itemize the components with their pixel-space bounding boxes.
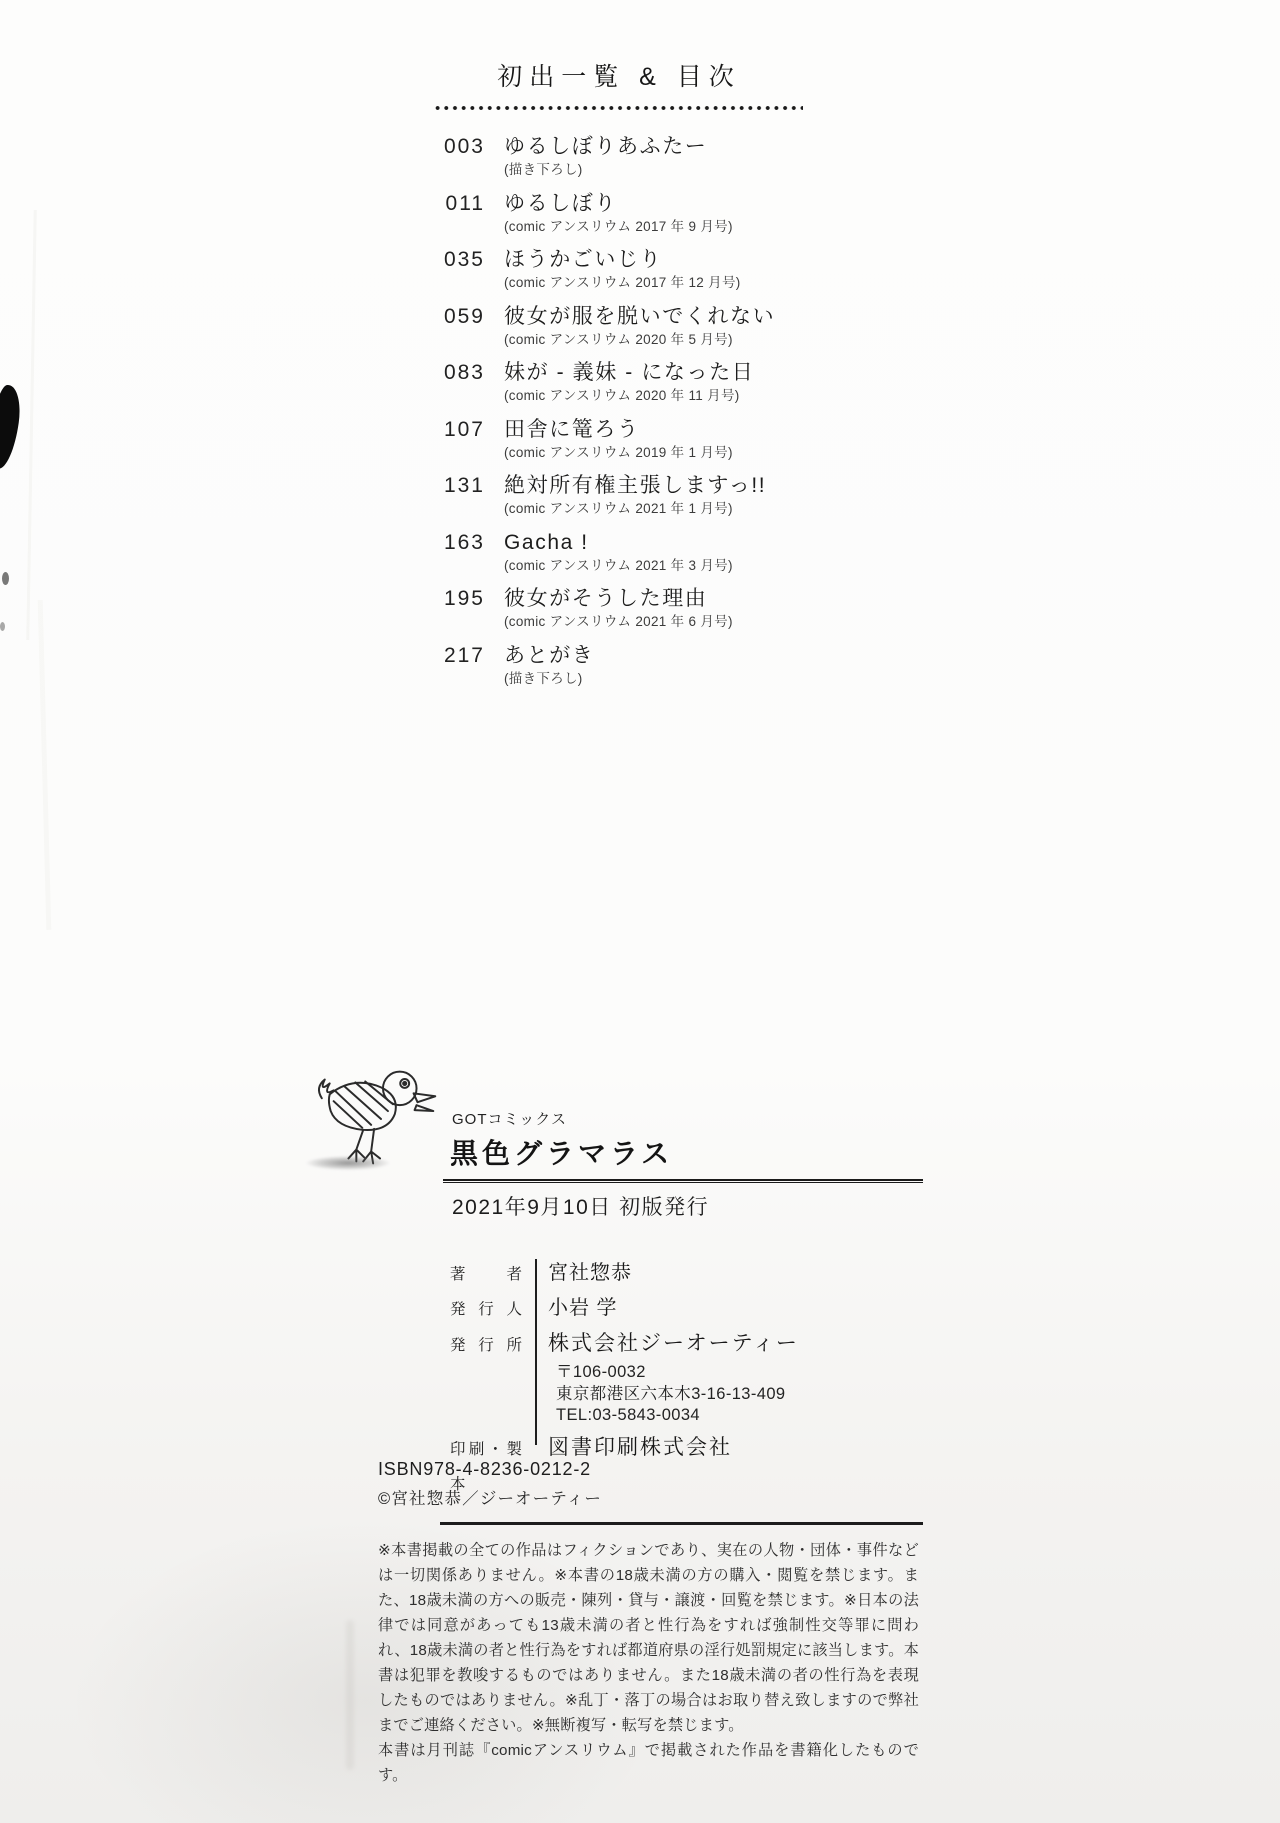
page-number: 083 — [435, 359, 485, 387]
edition-date: 2021年9月10日 初版発行 — [452, 1191, 709, 1221]
divider-rule — [440, 1522, 923, 1525]
colophon-row-author: 著者 宮社惣恭 — [450, 1256, 920, 1291]
row-label: 発行人 — [450, 1292, 522, 1327]
scan-artifact — [0, 622, 5, 631]
page-number: 003 — [435, 133, 485, 161]
bird-logo-shadow — [306, 1156, 390, 1170]
address-line: TEL:03-5843-0034 — [556, 1405, 920, 1427]
toc-list: 003 ゆるしぼりあふたー (描き下ろし) 011 ゆるしぼり (comic ア… — [435, 133, 803, 688]
toc-entry: 217 あとがき (描き下ろし) — [435, 642, 803, 688]
isbn: ISBN978-4-8236-0212-2 — [378, 1459, 591, 1480]
chapter-title: Gacha ! — [504, 529, 589, 557]
toc-entry: 163 Gacha ! (comic アンスリウム 2021 年 3 月号) — [435, 529, 803, 575]
bird-logo-icon — [308, 1066, 456, 1166]
chapter-source: (comic アンスリウム 2017 年 9 月号) — [504, 218, 803, 236]
book-title: 黒色グラマラス — [450, 1132, 673, 1172]
colophon-row-publisher-company: 発行所 株式会社ジーオーティー — [450, 1326, 920, 1361]
row-label: 発行所 — [450, 1328, 522, 1363]
chapter-title: あとがき — [504, 642, 594, 670]
page-number: 163 — [435, 529, 485, 557]
chapter-source: (comic アンスリウム 2017 年 12 月号) — [504, 274, 803, 292]
chapter-source: (comic アンスリウム 2020 年 5 月号) — [504, 331, 803, 349]
row-value: 小岩 学 — [548, 1291, 618, 1326]
scan-artifact — [38, 600, 52, 930]
scanned-book-page: 初出一覧 & 目次 003 ゆるしぼりあふたー (描き下ろし) 011 ゆるしぼ… — [0, 0, 1280, 1823]
row-label: 著者 — [450, 1257, 522, 1292]
scan-artifact — [2, 572, 9, 585]
toc-entry: 059 彼女が服を脱いでくれない (comic アンスリウム 2020 年 5 … — [435, 303, 803, 349]
page-title: 初出一覧 & 目次 — [435, 60, 803, 94]
toc-entry: 011 ゆるしぼり (comic アンスリウム 2017 年 9 月号) — [435, 190, 803, 236]
toc-entry: 083 妹が - 義妹 - になった日 (comic アンスリウム 2020 年… — [435, 359, 803, 405]
scan-artifact — [0, 384, 24, 471]
chapter-title: 絶対所有権主張しますっ!! — [504, 472, 766, 500]
chapter-source: (comic アンスリウム 2021 年 6 月号) — [504, 613, 803, 631]
page-number: 059 — [435, 303, 485, 331]
imprint-label: GOTコミックス — [452, 1108, 567, 1129]
disclaimer-note: 本書は月刊誌『comicアンスリウム』で掲載された作品を書籍化したものです。 — [378, 1738, 919, 1788]
toc-entry: 003 ゆるしぼりあふたー (描き下ろし) — [435, 133, 803, 179]
chapter-title: 妹が - 義妹 - になった日 — [504, 359, 754, 387]
toc-entry: 107 田舎に篭ろう (comic アンスリウム 2019 年 1 月号) — [435, 416, 803, 462]
chapter-source: (comic アンスリウム 2020 年 11 月号) — [504, 387, 803, 405]
row-value: 株式会社ジーオーティー — [548, 1326, 799, 1361]
page-number: 035 — [435, 246, 485, 274]
title-double-rule — [443, 1179, 923, 1183]
toc-entry: 035 ほうかごいじり (comic アンスリウム 2017 年 12 月号) — [435, 246, 803, 292]
colophon-table: 著者 宮社惣恭 発行人 小岩 学 発行所 株式会社ジーオーティー 〒106-00… — [450, 1256, 920, 1465]
chapter-source: (comic アンスリウム 2021 年 3 月号) — [504, 557, 803, 575]
copyright: ©宮社惣恭／ジーオーティー — [378, 1485, 602, 1509]
chapter-title: 彼女がそうした理由 — [504, 585, 707, 613]
page-number: 195 — [435, 585, 485, 613]
page-number: 131 — [435, 472, 485, 500]
disclaimer-body: ※本書掲載の全ての作品はフィクションであり、実在の人物・団体・事件などは一切関係… — [378, 1538, 919, 1738]
chapter-title: 田舎に篭ろう — [504, 416, 640, 444]
page-number: 011 — [435, 190, 485, 218]
scan-artifact — [26, 210, 37, 640]
chapter-source: (描き下ろし) — [504, 161, 803, 179]
address-line: 〒106-0032 — [556, 1362, 920, 1384]
row-value: 宮社惣恭 — [548, 1256, 632, 1291]
chapter-source: (描き下ろし) — [504, 670, 803, 688]
toc-entry: 195 彼女がそうした理由 (comic アンスリウム 2021 年 6 月号) — [435, 585, 803, 631]
chapter-title: ゆるしぼり — [504, 190, 617, 218]
chapter-title: ゆるしぼりあふたー — [504, 133, 707, 161]
colophon-row-publisher-person: 発行人 小岩 学 — [450, 1291, 920, 1326]
divider-rule — [535, 1259, 537, 1445]
dotted-divider — [435, 105, 803, 111]
chapter-title: 彼女が服を脱いでくれない — [504, 303, 775, 331]
disclaimer: ※本書掲載の全ての作品はフィクションであり、実在の人物・団体・事件などは一切関係… — [378, 1538, 919, 1788]
page-number: 107 — [435, 416, 485, 444]
table-of-contents: 初出一覧 & 目次 003 ゆるしぼりあふたー (描き下ろし) 011 ゆるしぼ… — [435, 60, 803, 698]
address-line: 東京都港区六本木3-16-13-409 — [556, 1384, 920, 1406]
scan-artifact — [346, 1620, 354, 1770]
page-number: 217 — [435, 642, 485, 670]
toc-entry: 131 絶対所有権主張しますっ!! (comic アンスリウム 2021 年 1… — [435, 472, 803, 518]
chapter-title: ほうかごいじり — [504, 246, 662, 274]
chapter-source: (comic アンスリウム 2019 年 1 月号) — [504, 444, 803, 462]
publisher-address: 〒106-0032 東京都港区六本木3-16-13-409 TEL:03-584… — [556, 1362, 920, 1427]
chapter-source: (comic アンスリウム 2021 年 1 月号) — [504, 500, 803, 518]
